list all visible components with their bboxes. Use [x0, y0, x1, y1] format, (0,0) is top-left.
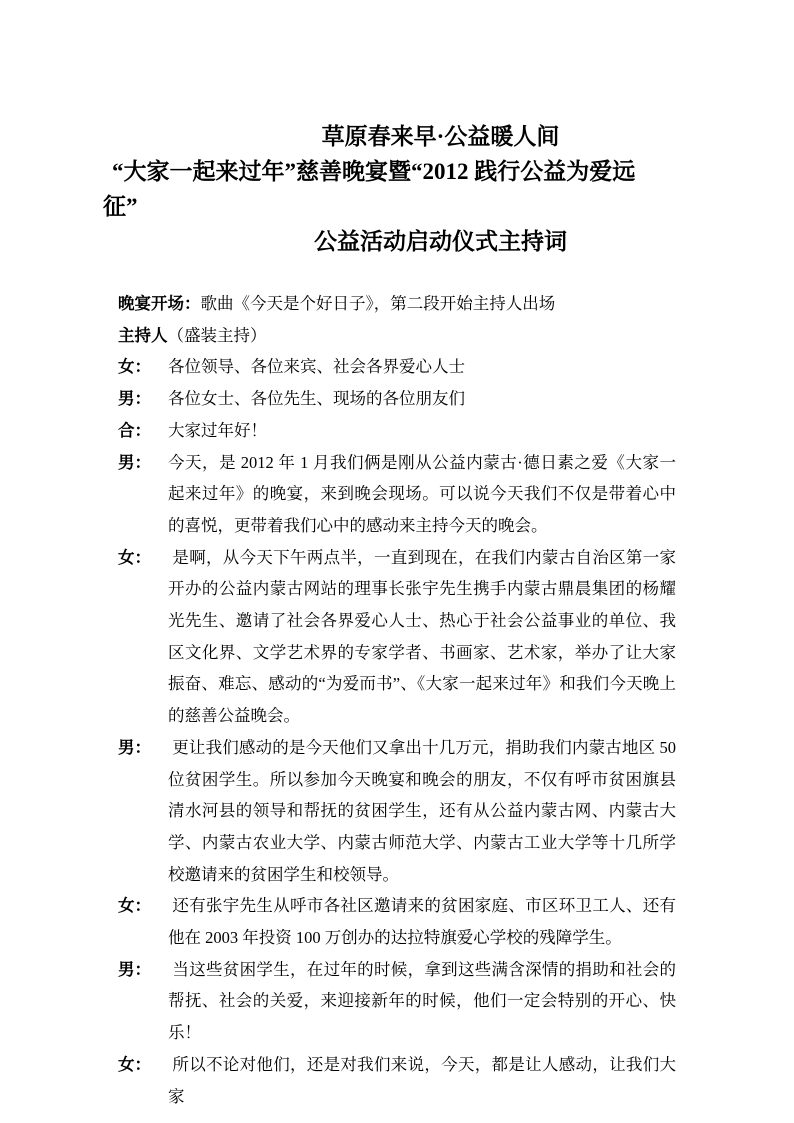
document-title: 草原春来早·公益暖人间 “大家一起来过年”慈善晚宴暨“2012 践行公益为爱远 …	[103, 119, 704, 259]
speaker-label: 男：	[118, 732, 151, 764]
speaker-label: 合：	[118, 415, 151, 447]
host-label: 主持人	[118, 326, 168, 345]
dialogue-paragraph: 女： 所以不论对他们，还是对我们来说，今天，都是让人感动，让我们大家	[118, 1049, 676, 1112]
speech-text: 是啊，从今天下午两点半，一直到现在，在我们内蒙古自治区第一家开办的公益内蒙古网站…	[168, 548, 676, 726]
speaker-label: 男：	[118, 447, 151, 479]
speaker-label: 女：	[118, 542, 151, 574]
opening-cue-text: 歌曲《今天是个好日子》，第二段开始主持人出场	[201, 294, 556, 313]
speech-text: 各位女士、各位先生、现场的各位朋友们	[168, 389, 465, 408]
script-body: 晚宴开场：歌曲《今天是个好日子》，第二段开始主持人出场 主持人（盛装主持） 女：…	[118, 288, 676, 1112]
document-page: 草原春来早·公益暖人间 “大家一起来过年”慈善晚宴暨“2012 践行公益为爱远 …	[0, 0, 794, 1123]
dialogue-paragraph: 合：大家过年好！	[118, 415, 676, 447]
speech-text: 各位领导、各位来宾、社会各界爱心人士	[168, 357, 465, 376]
dialogue-paragraph: 男：今天，是 2012 年 1 月我们俩是刚从公益内蒙古·德日素之爱《大家一起来…	[118, 447, 676, 542]
speaker-label: 女：	[118, 890, 151, 922]
speaker-label: 男：	[118, 383, 151, 415]
dialogue-paragraph: 男：各位女士、各位先生、现场的各位朋友们	[118, 383, 676, 415]
title-line-1: 草原春来早·公益暖人间	[103, 119, 704, 154]
dialogue-paragraph: 女：各位领导、各位来宾、社会各界爱心人士	[118, 351, 676, 383]
opening-cue-line: 晚宴开场：歌曲《今天是个好日子》，第二段开始主持人出场	[118, 288, 676, 320]
dialogue-paragraph: 男： 更让我们感动的是今天他们又拿出十几万元，捐助我们内蒙古地区 50 位贫困学…	[118, 732, 676, 891]
opening-cue-label: 晚宴开场：	[118, 294, 201, 313]
dialogue-paragraph: 女： 是啊，从今天下午两点半，一直到现在，在我们内蒙古自治区第一家开办的公益内蒙…	[118, 542, 676, 732]
speech-text: 当这些贫困学生，在过年的时候，拿到这些满含深情的捐助和社会的帮抚、社会的关爱，来…	[168, 960, 676, 1042]
host-line: 主持人（盛装主持）	[118, 320, 676, 352]
speech-text: 今天，是 2012 年 1 月我们俩是刚从公益内蒙古·德日素之爱《大家一起来过年…	[168, 453, 676, 535]
title-line-3: 征”	[103, 189, 704, 224]
speech-text: 更让我们感动的是今天他们又拿出十几万元，捐助我们内蒙古地区 50 位贫困学生。所…	[168, 738, 680, 884]
title-line-4: 公益活动启动仪式主持词	[103, 224, 704, 259]
speaker-label: 女：	[118, 351, 151, 383]
speech-text: 所以不论对他们，还是对我们来说，今天，都是让人感动，让我们大家	[168, 1055, 676, 1106]
speech-text: 大家过年好！	[168, 421, 267, 440]
dialogue-paragraph: 女： 还有张宇先生从呼市各社区邀请来的贫困家庭、市区环卫工人、还有他在 2003…	[118, 890, 676, 953]
speaker-label: 女：	[118, 1049, 151, 1081]
speaker-label: 男：	[118, 954, 151, 986]
speech-text: 还有张宇先生从呼市各社区邀请来的贫困家庭、市区环卫工人、还有他在 2003 年投…	[168, 896, 676, 947]
title-line-2: “大家一起来过年”慈善晚宴暨“2012 践行公益为爱远	[103, 154, 704, 189]
host-text: （盛装主持）	[168, 326, 267, 345]
dialogue-paragraph: 男： 当这些贫困学生，在过年的时候，拿到这些满含深情的捐助和社会的帮抚、社会的关…	[118, 954, 676, 1049]
